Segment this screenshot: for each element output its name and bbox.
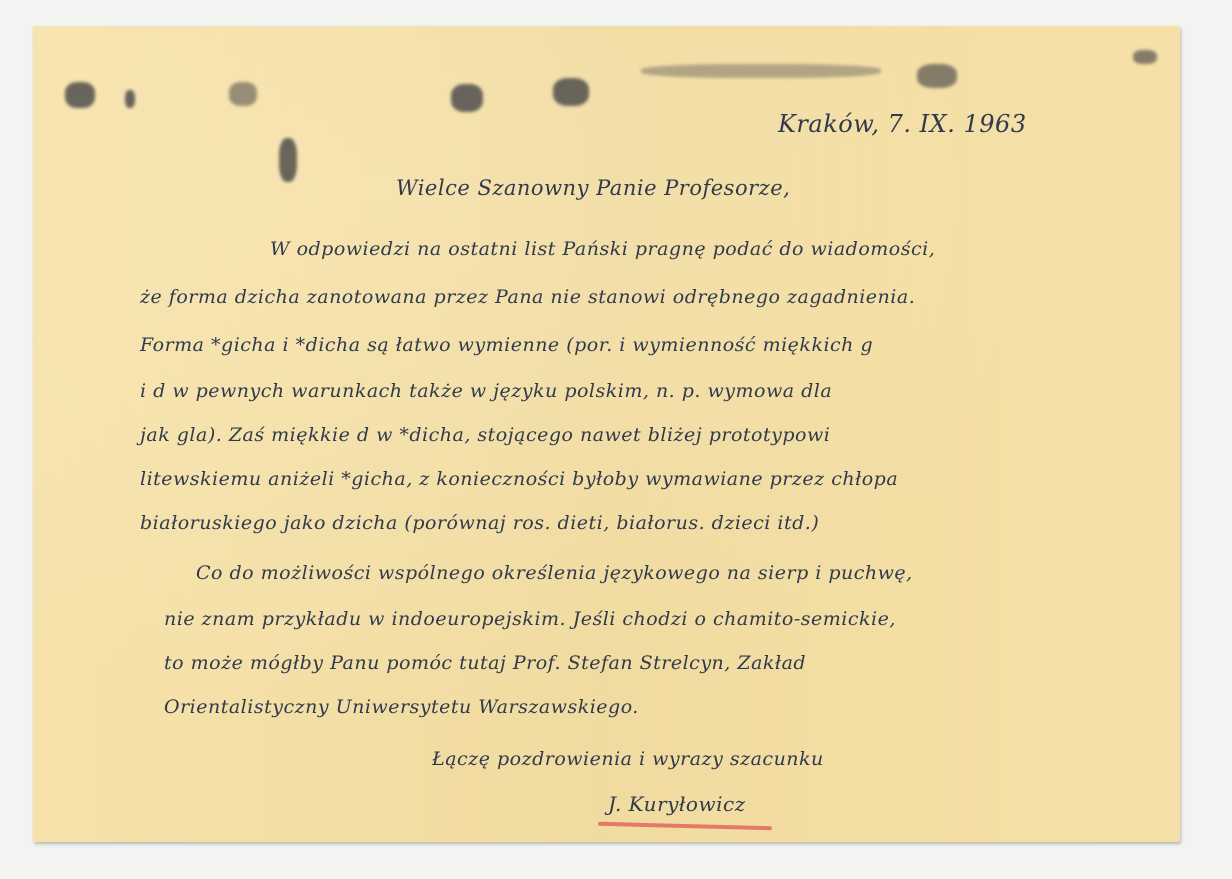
ink-smudge (229, 82, 257, 106)
body-line: nie znam przykładu w indoeuropejskim. Je… (164, 608, 896, 630)
body-line: litewskiemu aniżeli *gicha, z koniecznoś… (140, 468, 898, 490)
body-line: Co do możliwości wspólnego określenia ję… (196, 562, 913, 584)
salutation: Wielce Szanowny Panie Profesorze, (396, 176, 790, 200)
date-line: Kraków, 7. IX. 1963 (778, 110, 1027, 138)
body-line: Forma *gicha i *dicha są łatwo wymienne … (140, 334, 873, 356)
body-line: to może mógłby Panu pomóc tutaj Prof. St… (164, 652, 806, 674)
ink-smudge (917, 64, 957, 88)
body-line: i d w pewnych warunkach także w języku p… (140, 380, 832, 402)
body-line: Orientalistyczny Uniwersytetu Warszawski… (164, 696, 639, 718)
signature: J. Kuryłowicz (608, 792, 746, 816)
body-line: białoruskiego jako dzicha (porównaj ros.… (140, 512, 819, 534)
closing-line: Łączę pozdrowienia i wyrazy szacunku (432, 748, 824, 770)
body-line: W odpowiedzi na ostatni list Pański prag… (270, 238, 935, 260)
ink-smudge (553, 78, 589, 106)
ink-smudge (125, 90, 135, 108)
ink-smudge (641, 64, 881, 78)
ink-smudge (1133, 50, 1157, 64)
ink-smudge (279, 138, 297, 182)
ink-smudge (65, 82, 95, 108)
body-line: że forma dzicha zanotowana przez Pana ni… (140, 286, 915, 308)
body-line: jak gla). Zaś miękkie d w *dicha, stojąc… (140, 424, 830, 446)
ink-smudge (451, 84, 483, 112)
